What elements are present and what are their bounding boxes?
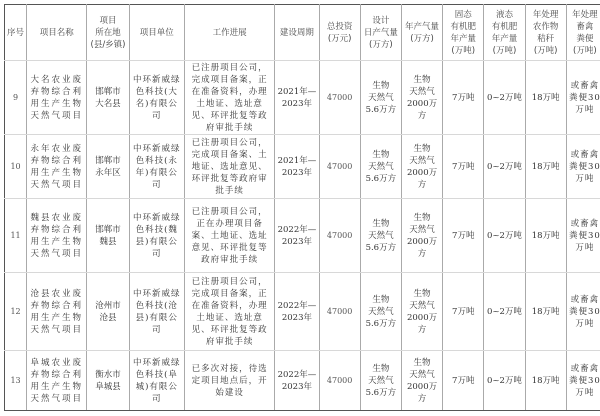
header-unit: 项目单位	[129, 5, 184, 61]
header-seq: 序号	[5, 5, 27, 61]
header-liquid-fertilizer: 液态 有机肥 年产量 (万吨)	[484, 5, 525, 61]
cell-seq: 11	[5, 199, 27, 273]
cell-seq: 10	[5, 135, 27, 199]
header-investment: 总投资 (万元)	[319, 5, 360, 61]
cell-investment: 47000	[319, 351, 360, 411]
cell-unit: 中环新威绿色科技(沧县)有限公司	[129, 273, 184, 351]
cell-period: 2021年— 2023年	[275, 135, 319, 199]
cell-seq: 9	[5, 61, 27, 135]
cell-investment: 47000	[319, 61, 360, 135]
cell-design-daily-gas: 生物 天然气 5.6万方	[360, 273, 401, 351]
header-straw: 年处理 农作物 秸秆 (万吨)	[525, 5, 566, 61]
cell-solid-fertilizer: 7万吨	[443, 351, 484, 411]
cell-name: 魏县农业废弃物综合利用生产生物天然气项目	[27, 199, 87, 273]
cell-investment: 47000	[319, 135, 360, 199]
table-row: 11 魏县农业废弃物综合利用生产生物天然气项目 邯郸市 魏县 中环新威绿色科技(…	[5, 199, 600, 273]
cell-straw: 18万吨	[525, 135, 566, 199]
header-period: 建设周期	[275, 5, 319, 61]
cell-liquid-fertilizer: 0~2万吨	[484, 199, 525, 273]
cell-period: 2022年— 2023年	[275, 351, 319, 411]
cell-design-daily-gas: 生物 天然气 5.6万方	[360, 351, 401, 411]
cell-location: 沧州市 沧县	[87, 273, 129, 351]
header-solid-fertilizer: 固态 有机肥 年产量 (万吨)	[443, 5, 484, 61]
cell-liquid-fertilizer: 0~2万吨	[484, 273, 525, 351]
cell-name: 阜城农业废弃物综合利用生产生物天然气项目	[27, 351, 87, 411]
header-row: 序号 项目名称 项目 所在地 (县/乡镇) 项目单位 工作进展 建设周期 总投资…	[5, 5, 600, 61]
cell-name: 大名农业废弃物综合利用生产生物天然气项目	[27, 61, 87, 135]
header-progress: 工作进展	[184, 5, 274, 61]
cell-period: 2021年— 2023年	[275, 61, 319, 135]
cell-solid-fertilizer: 7万吨	[443, 61, 484, 135]
header-location: 项目 所在地 (县/乡镇)	[87, 5, 129, 61]
cell-unit: 中环新威绿色科技(魏县)有限公司	[129, 199, 184, 273]
cell-annual-gas: 生物 天然气 2000万方	[401, 273, 442, 351]
table-row: 9 大名农业废弃物综合利用生产生物天然气项目 邯郸市 大名县 中环新威绿色科技(…	[5, 61, 600, 135]
cell-progress: 已多次对接，待选定项目地点后，开始建设	[184, 351, 274, 411]
cell-annual-gas: 生物 天然气 2000万方	[401, 61, 442, 135]
cell-name: 永年农业废弃物综合利用生产生物天然气项目	[27, 135, 87, 199]
cell-seq: 13	[5, 351, 27, 411]
cell-progress: 已注册项目公司，完成项目备案，正在准备资料，办理土地证、选址意见、环评批复等政府…	[184, 273, 274, 351]
cell-straw: 18万吨	[525, 199, 566, 273]
cell-period: 2022年— 2023年	[275, 199, 319, 273]
cell-seq: 12	[5, 273, 27, 351]
cell-location: 衡水市 阜城县	[87, 351, 129, 411]
cell-manure: 或畜禽粪便30万吨	[566, 61, 600, 135]
table-row: 12 沧县农业废弃物综合利用生产生物天然气项目 沧州市 沧县 中环新威绿色科技(…	[5, 273, 600, 351]
cell-solid-fertilizer: 7万吨	[443, 199, 484, 273]
cell-design-daily-gas: 生物 天然气 5.6万方	[360, 61, 401, 135]
cell-annual-gas: 生物 天然气 2000万方	[401, 135, 442, 199]
table-row: 10 永年农业废弃物综合利用生产生物天然气项目 邯郸市 永年区 中环新威绿色科技…	[5, 135, 600, 199]
cell-manure: 或畜禽粪便30万吨	[566, 135, 600, 199]
cell-investment: 47000	[319, 273, 360, 351]
cell-name: 沧县农业废弃物综合利用生产生物天然气项目	[27, 273, 87, 351]
cell-unit: 中环新威绿色科技(永年)有限公司	[129, 135, 184, 199]
cell-solid-fertilizer: 7万吨	[443, 273, 484, 351]
cell-progress: 已注册项目公司，完成项目备案，正在准备资料，办理土地证、选址意见、环评批复等政府…	[184, 61, 274, 135]
cell-liquid-fertilizer: 0~2万吨	[484, 135, 525, 199]
cell-straw: 18万吨	[525, 61, 566, 135]
cell-liquid-fertilizer: 0~2万吨	[484, 61, 525, 135]
cell-annual-gas: 生物 天然气 2000万方	[401, 199, 442, 273]
projects-table: 序号 项目名称 项目 所在地 (县/乡镇) 项目单位 工作进展 建设周期 总投资…	[4, 4, 600, 411]
header-manure: 年处理 畜禽 粪便 (万吨)	[566, 5, 600, 61]
cell-location: 邯郸市 魏县	[87, 199, 129, 273]
cell-straw: 18万吨	[525, 273, 566, 351]
cell-manure: 或畜禽粪便30万吨	[566, 199, 600, 273]
cell-manure: 或畜禽粪便30万吨	[566, 273, 600, 351]
header-annual-gas: 年产气量 (万方)	[401, 5, 442, 61]
cell-annual-gas: 生物 天然气 2000万方	[401, 351, 442, 411]
cell-solid-fertilizer: 7万吨	[443, 135, 484, 199]
cell-unit: 中环新威绿色科技(阜城)有限公司	[129, 351, 184, 411]
cell-design-daily-gas: 生物 天然气 5.6万方	[360, 199, 401, 273]
cell-manure: 或畜禽粪便30万吨	[566, 351, 600, 411]
cell-progress: 已注册项目公司，正在办理项目备案、土地证、选址意见、环评批复等政府审批手续	[184, 199, 274, 273]
table-row: 13 阜城农业废弃物综合利用生产生物天然气项目 衡水市 阜城县 中环新威绿色科技…	[5, 351, 600, 411]
cell-period: 2022年— 2023年	[275, 273, 319, 351]
cell-design-daily-gas: 生物 天然气 5.6万方	[360, 135, 401, 199]
cell-location: 邯郸市 永年区	[87, 135, 129, 199]
cell-straw: 18万吨	[525, 351, 566, 411]
cell-unit: 中环新威绿色科技(大名)有限公司	[129, 61, 184, 135]
header-name: 项目名称	[27, 5, 87, 61]
header-design-daily-gas: 设计 日产气量 (万方)	[360, 5, 401, 61]
cell-location: 邯郸市 大名县	[87, 61, 129, 135]
cell-liquid-fertilizer: 0~2万吨	[484, 351, 525, 411]
cell-progress: 已注册项目公司，完成项目备案、土地证、选址意见、环评批复等政府审批手续	[184, 135, 274, 199]
cell-investment: 47000	[319, 199, 360, 273]
